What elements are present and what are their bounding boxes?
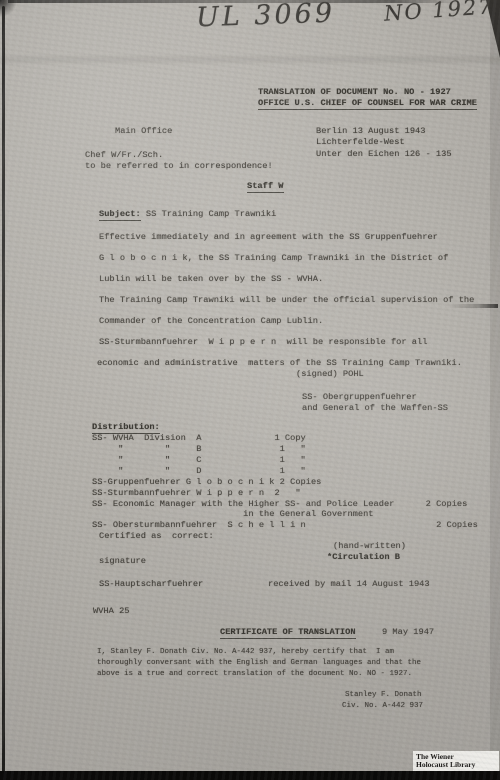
subject-label: Subject: (99, 209, 141, 221)
distribution-row: in the General Government (92, 509, 374, 519)
body-line: The Training Camp Trawniki will be under… (99, 295, 474, 305)
signature-placeholder: signature (99, 556, 146, 566)
city-date: Berlin 13 August 1943 (316, 126, 425, 136)
bottom-scan-bar (0, 771, 500, 780)
certified-correct: Certified as correct: (99, 531, 214, 541)
handwritten-catalog-ref: UL 3069 (196, 0, 336, 33)
scanned-document: UL 3069 NO 1927 TRANSLATION OF DOCUMENT … (0, 0, 500, 780)
body-line: SS-Sturmbannfuehrer W i p p e r n will b… (99, 337, 427, 347)
distribution-row: SS- WVHA Division A 1 Copy (92, 433, 306, 443)
translation-header-line1: TRANSLATION OF DOCUMENT No. NO - 1927 (258, 87, 451, 97)
translation-header-line2: OFFICE U.S. CHIEF OF COUNSEL FOR WAR CRI… (258, 98, 477, 110)
certificate-title: CERTIFICATE OF TRANSLATION (220, 627, 356, 639)
body-line: G l o b o c n i k, the SS Training Camp … (99, 253, 448, 263)
handwritten-note-label: (hand-written) (333, 541, 406, 551)
certificate-body-line: above is a true and correct translation … (97, 670, 412, 679)
certificate-body-line: thoroughly conversant with the English a… (97, 659, 421, 668)
file-reference: WVHA 25 (93, 606, 130, 616)
left-edge-shadow (2, 6, 5, 772)
correspondence-note: to be referred to in correspondence! (85, 161, 273, 171)
body-line: Effective immediately and in agreement w… (99, 232, 438, 242)
distribution-heading: Distribution: (92, 422, 160, 434)
top-left-corner-shadow (0, 0, 16, 18)
library-watermark: The Wiener Holocaust Library (413, 751, 499, 771)
translator-name: Stanley F. Donath (345, 691, 422, 700)
right-edge-shade (490, 0, 500, 780)
handwritten-doc-number: NO 1927 (383, 0, 494, 26)
received-by-mail: received by mail 14 August 1943 (268, 579, 430, 589)
distribution-row: " " B 1 " (92, 444, 306, 454)
distribution-row: SS-Sturmbannfuehrer W i p p e r n 2 " (92, 488, 301, 498)
distribution-row: SS-Gruppenfuehrer G l o b o c n i k 2 Co… (92, 477, 321, 487)
paper-crease (0, 56, 500, 63)
certificate-date: 9 May 1947 (382, 627, 434, 637)
signer-rank-2: and General of the Waffen-SS (302, 403, 448, 413)
body-line: Lublin will be taken over by the SS - WV… (99, 274, 323, 284)
subject-line: Subject: SS Training Camp Trawniki (99, 209, 276, 219)
staff-heading: Staff W (247, 181, 284, 193)
body-line: Commander of the Concentration Camp Lubl… (99, 316, 323, 326)
handwritten-note: *Circulation B (327, 552, 400, 562)
translator-civ-no: Civ. No. A-442 937 (342, 702, 423, 711)
signed-pohl: (signed) POHL (296, 369, 364, 379)
distribution-row: SS- Obersturmbannfuehrer S c h e l l i n… (92, 520, 478, 530)
district: Lichterfelde-West (316, 137, 405, 147)
certifier-rank: SS-Hauptscharfuehrer (99, 579, 203, 589)
distribution-row: " " D 1 " (92, 466, 306, 476)
chef-reference: Chef W/Fr./Sch. (85, 150, 163, 160)
main-office-label: Main Office (115, 126, 172, 136)
subject-text: SS Training Camp Trawniki (141, 209, 277, 219)
signer-rank-1: SS- Obergruppenfuehrer (302, 392, 417, 402)
distribution-row: " " C 1 " (92, 455, 306, 465)
body-line: economic and administrative matters of t… (97, 358, 462, 368)
distribution-row: SS- Economic Manager with the Higher SS-… (92, 499, 467, 509)
library-watermark-line2: Holocaust Library (416, 761, 499, 770)
certificate-body-line: I, Stanley F. Donath Civ. No. A-442 937,… (97, 648, 394, 657)
address-street: Unter den Eichen 126 - 135 (316, 149, 452, 159)
